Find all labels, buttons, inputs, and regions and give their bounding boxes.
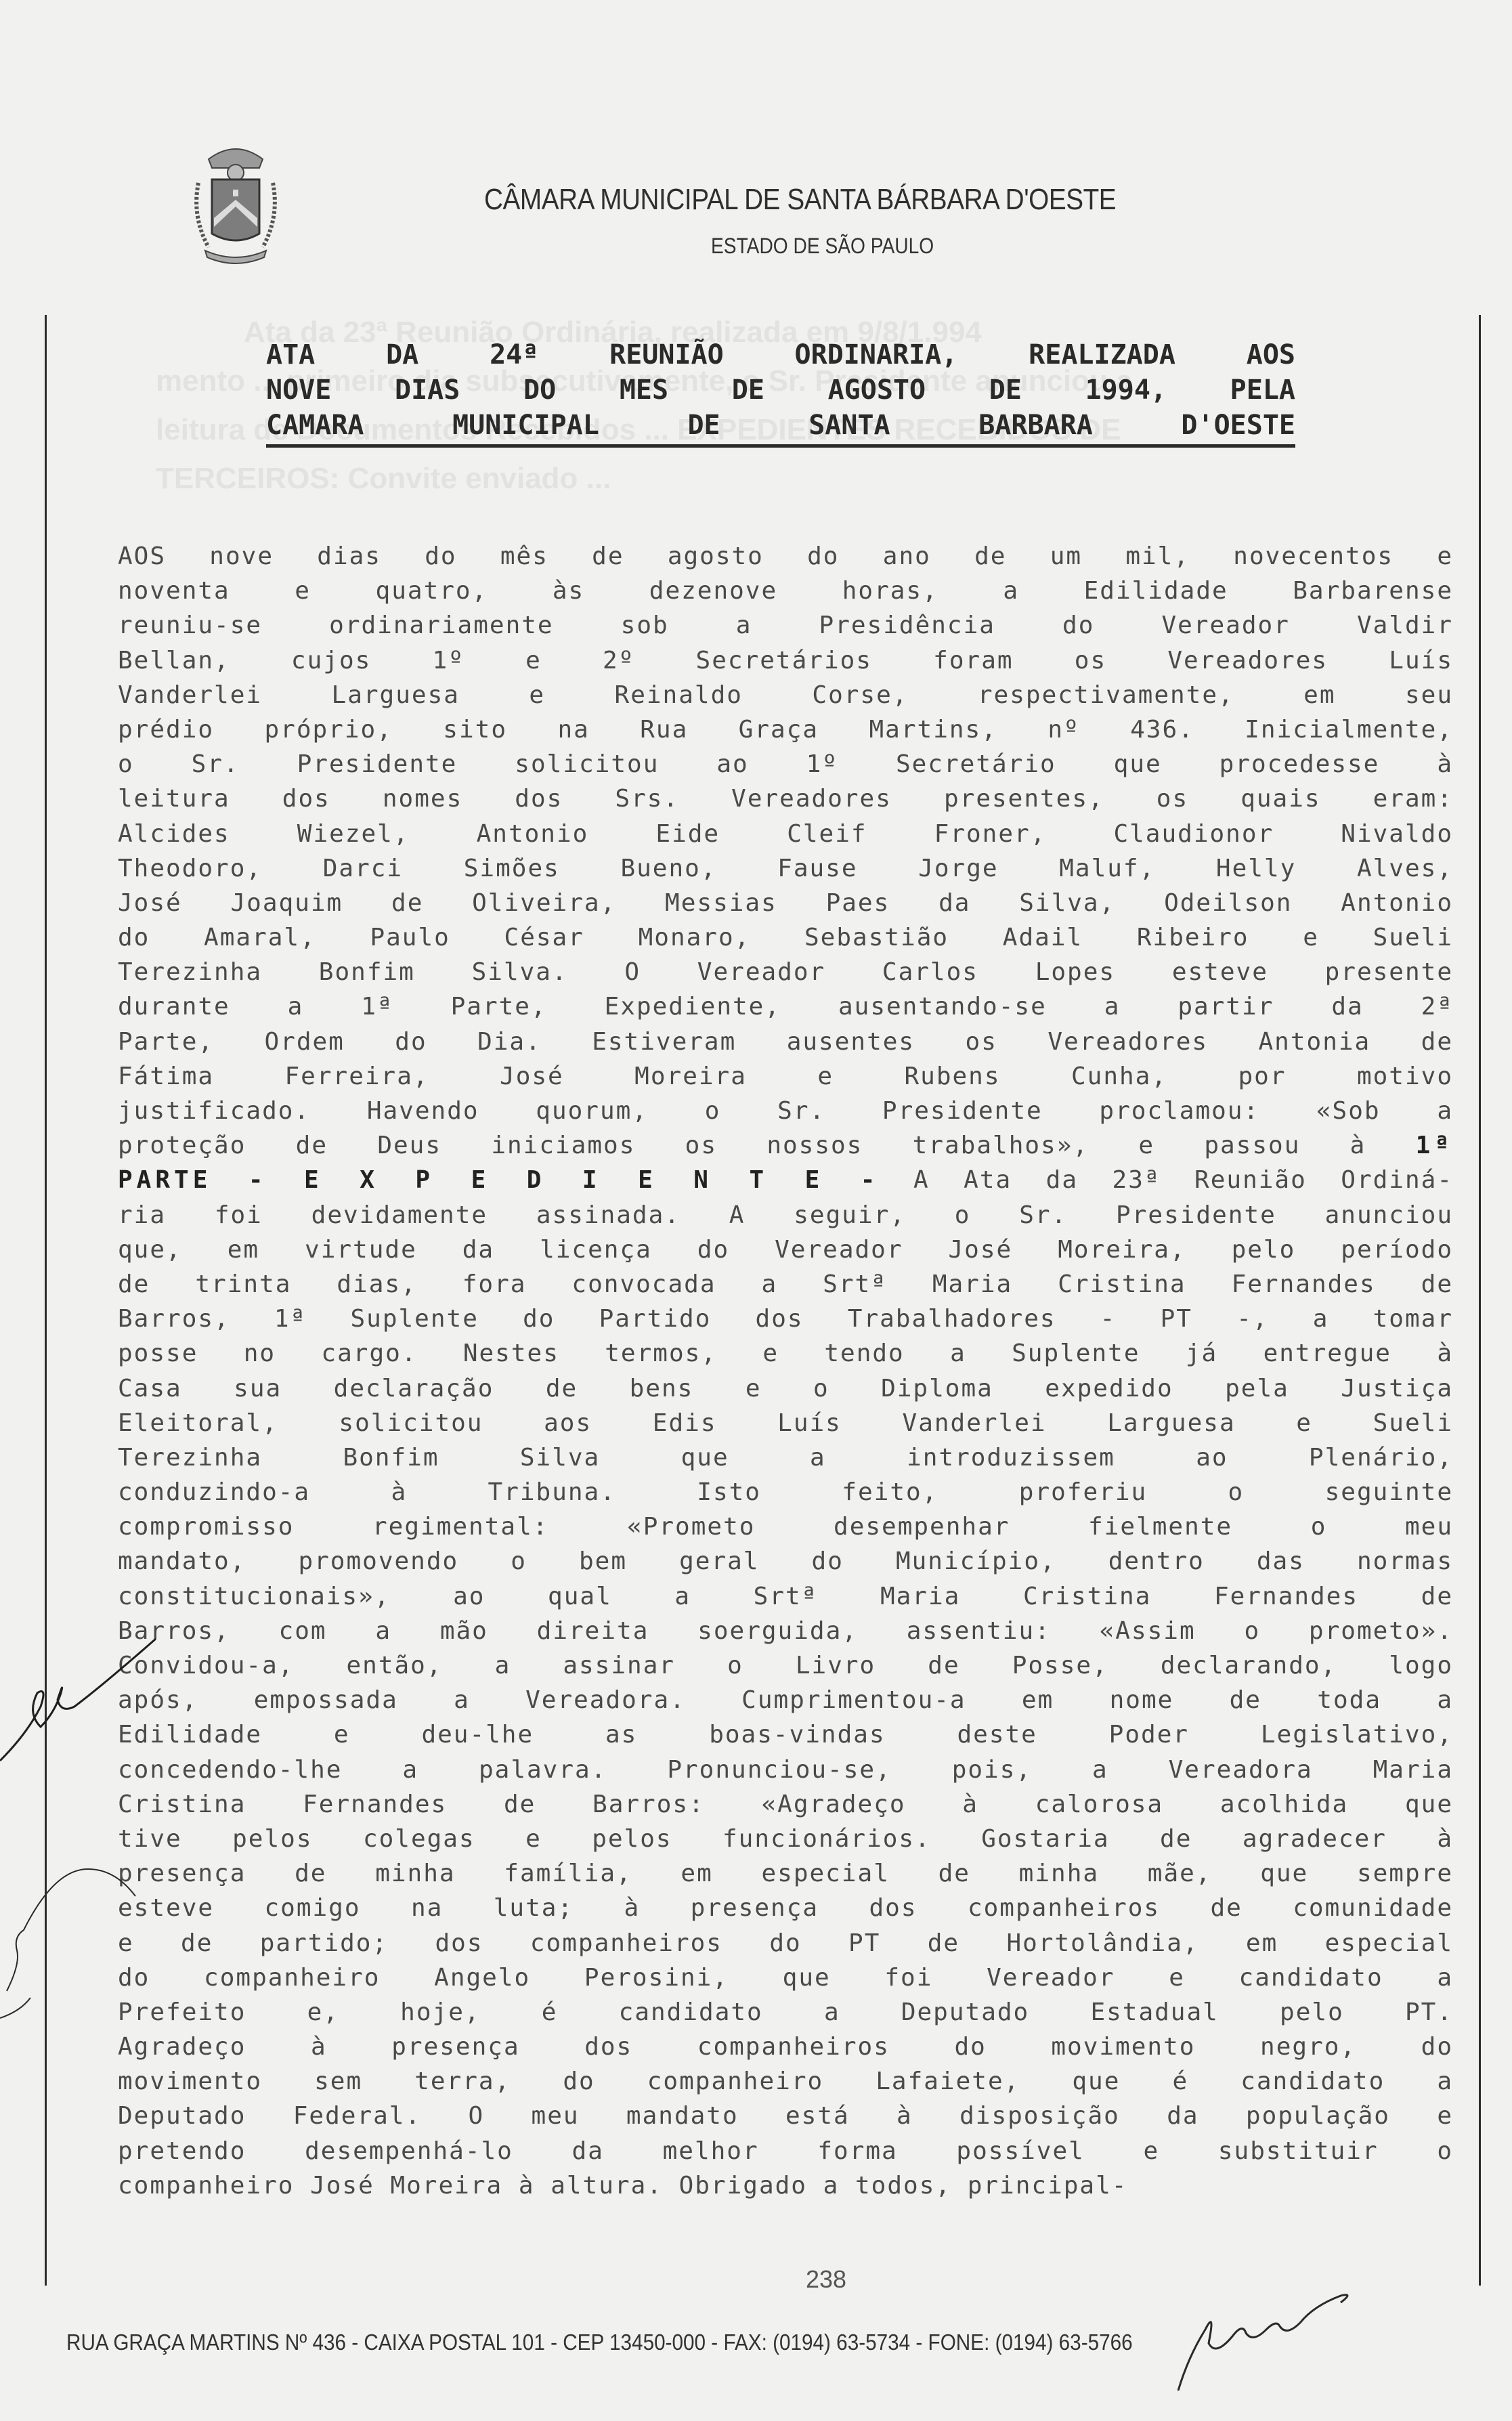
body-line: concedendo-lhe a palavra. Pronunciou-se,… <box>118 1753 1453 1787</box>
body-line: Convidou-a, então, a assinar o Livro de … <box>118 1648 1453 1683</box>
body-line: Casa sua declaração de bens e o Diploma … <box>118 1371 1453 1406</box>
page-border-right <box>1479 315 1481 2286</box>
body-line: de trinta dias, fora convocada a Srtª Ma… <box>118 1267 1453 1302</box>
bottom-right-rubric <box>1151 2228 1435 2404</box>
body-line: pretendo desempenhá-lo da melhor forma p… <box>118 2134 1453 2168</box>
state-name: ESTADO DE SÃO PAULO <box>711 234 934 259</box>
section-ordinal: 1ª <box>1416 1132 1453 1159</box>
municipal-coat-of-arms-icon <box>188 135 283 271</box>
body-line: tive pelos colegas e pelos funcionários.… <box>118 1822 1453 1856</box>
body-line: ria foi devidamente assinada. A seguir, … <box>118 1198 1453 1233</box>
body-line: justificado. Havendo quorum, o Sr. Presi… <box>118 1094 1453 1128</box>
body-line: Prefeito e, hoje, é candidato a Deputado… <box>118 1995 1453 2030</box>
body-line: Bellan, cujos 1º e 2º Secretários foram … <box>118 643 1453 678</box>
body-line: movimento sem terra, do companheiro Lafa… <box>118 2064 1453 2099</box>
page-border-left <box>45 315 47 2286</box>
section-heading-expediente: PARTE - E X P E D I E N T E - <box>118 1166 879 1194</box>
minutes-body: AOS nove dias do mês de agosto do ano de… <box>118 539 1453 2203</box>
body-line: Parte, Ordem do Dia. Estiveram ausentes … <box>118 1025 1453 1059</box>
body-line: Cristina Fernandes de Barros: «Agradeço … <box>118 1787 1453 1822</box>
body-line: conduzindo-a à Tribuna. Isto feito, prof… <box>118 1475 1453 1509</box>
title-line: CAMARA MUNICIPAL DE SANTA BARBARA D'OEST… <box>266 408 1295 448</box>
body-line: Deputado Federal. O meu mandato está à d… <box>118 2099 1453 2133</box>
body-line: proteção de Deus iniciamos os nossos tra… <box>118 1128 1453 1163</box>
body-line: Alcides Wiezel, Antonio Eide Cleif Frone… <box>118 817 1453 851</box>
letterhead-footer: RUA GRAÇA MARTINS Nº 436 - CAIXA POSTAL … <box>66 2330 1133 2355</box>
body-line: que, em virtude da licença do Vereador J… <box>118 1233 1453 1267</box>
body-line: Theodoro, Darci Simões Bueno, Fause Jorg… <box>118 851 1453 886</box>
body-line: Agradeço à presença dos companheiros do … <box>118 2030 1453 2064</box>
body-line: PARTE - E X P E D I E N T E - A Ata da 2… <box>118 1163 1453 1197</box>
body-line: e de partido; dos companheiros do PT de … <box>118 1926 1453 1961</box>
body-line: Fátima Ferreira, José Moreira e Rubens C… <box>118 1059 1453 1094</box>
body-line: reuniu-se ordinariamente sob a Presidênc… <box>118 608 1453 643</box>
body-line: compromisso regimental: «Prometo desempe… <box>118 1509 1453 1544</box>
ghost-line: TERCEIROS: Convite enviado ... <box>156 454 1361 503</box>
body-line: posse no cargo. Nestes termos, e tendo a… <box>118 1336 1453 1371</box>
body-line: Barros, 1ª Suplente do Partido dos Traba… <box>118 1302 1453 1336</box>
body-line: companheiro José Moreira à altura. Obrig… <box>118 2168 1453 2203</box>
body-line: Terezinha Bonfim Silva. O Vereador Carlo… <box>118 955 1453 989</box>
body-line: o Sr. Presidente solicitou ao 1º Secretá… <box>118 747 1453 781</box>
body-line: Barros, com a mão direita soerguida, ass… <box>118 1614 1453 1648</box>
body-line: Edilidade e deu-lhe as boas-vindas deste… <box>118 1717 1453 1752</box>
body-line: Eleitoral, solicitou aos Edis Luís Vande… <box>118 1406 1453 1440</box>
body-line: após, empossada a Vereadora. Cumprimento… <box>118 1683 1453 1717</box>
page-number: 238 <box>806 2265 846 2294</box>
body-line: constitucionais», ao qual a Srtª Maria C… <box>118 1579 1453 1614</box>
body-line: noventa e quatro, às dezenove horas, a E… <box>118 574 1453 608</box>
title-line: ATA DA 24ª REUNIÃO ORDINARIA, REALIZADA … <box>266 337 1295 372</box>
body-line: do Amaral, Paulo César Monaro, Sebastião… <box>118 920 1453 955</box>
body-line: prédio próprio, sito na Rua Graça Martin… <box>118 712 1453 747</box>
body-line: presença de minha família, em especial d… <box>118 1856 1453 1891</box>
body-line: do companheiro Angelo Perosini, que foi … <box>118 1961 1453 1995</box>
body-line: José Joaquim de Oliveira, Messias Paes d… <box>118 886 1453 920</box>
body-line: leitura dos nomes dos Srs. Vereadores pr… <box>118 781 1453 816</box>
body-line: durante a 1ª Parte, Expediente, ausentan… <box>118 989 1453 1024</box>
body-line: Terezinha Bonfim Silva que a introduziss… <box>118 1440 1453 1475</box>
institution-name: CÂMARA MUNICIPAL DE SANTA BÁRBARA D'OEST… <box>484 183 1116 217</box>
body-line: mandato, promovendo o bem geral do Munic… <box>118 1544 1453 1579</box>
body-line: Vanderlei Larguesa e Reinaldo Corse, res… <box>118 678 1453 712</box>
body-line: esteve comigo na luta; à presença dos co… <box>118 1891 1453 1925</box>
body-line: AOS nove dias do mês de agosto do ano de… <box>118 539 1453 574</box>
minutes-title: ATA DA 24ª REUNIÃO ORDINARIA, REALIZADA … <box>266 337 1295 448</box>
title-line: NOVE DIAS DO MES DE AGOSTO DE 1994, PELA <box>266 372 1295 408</box>
